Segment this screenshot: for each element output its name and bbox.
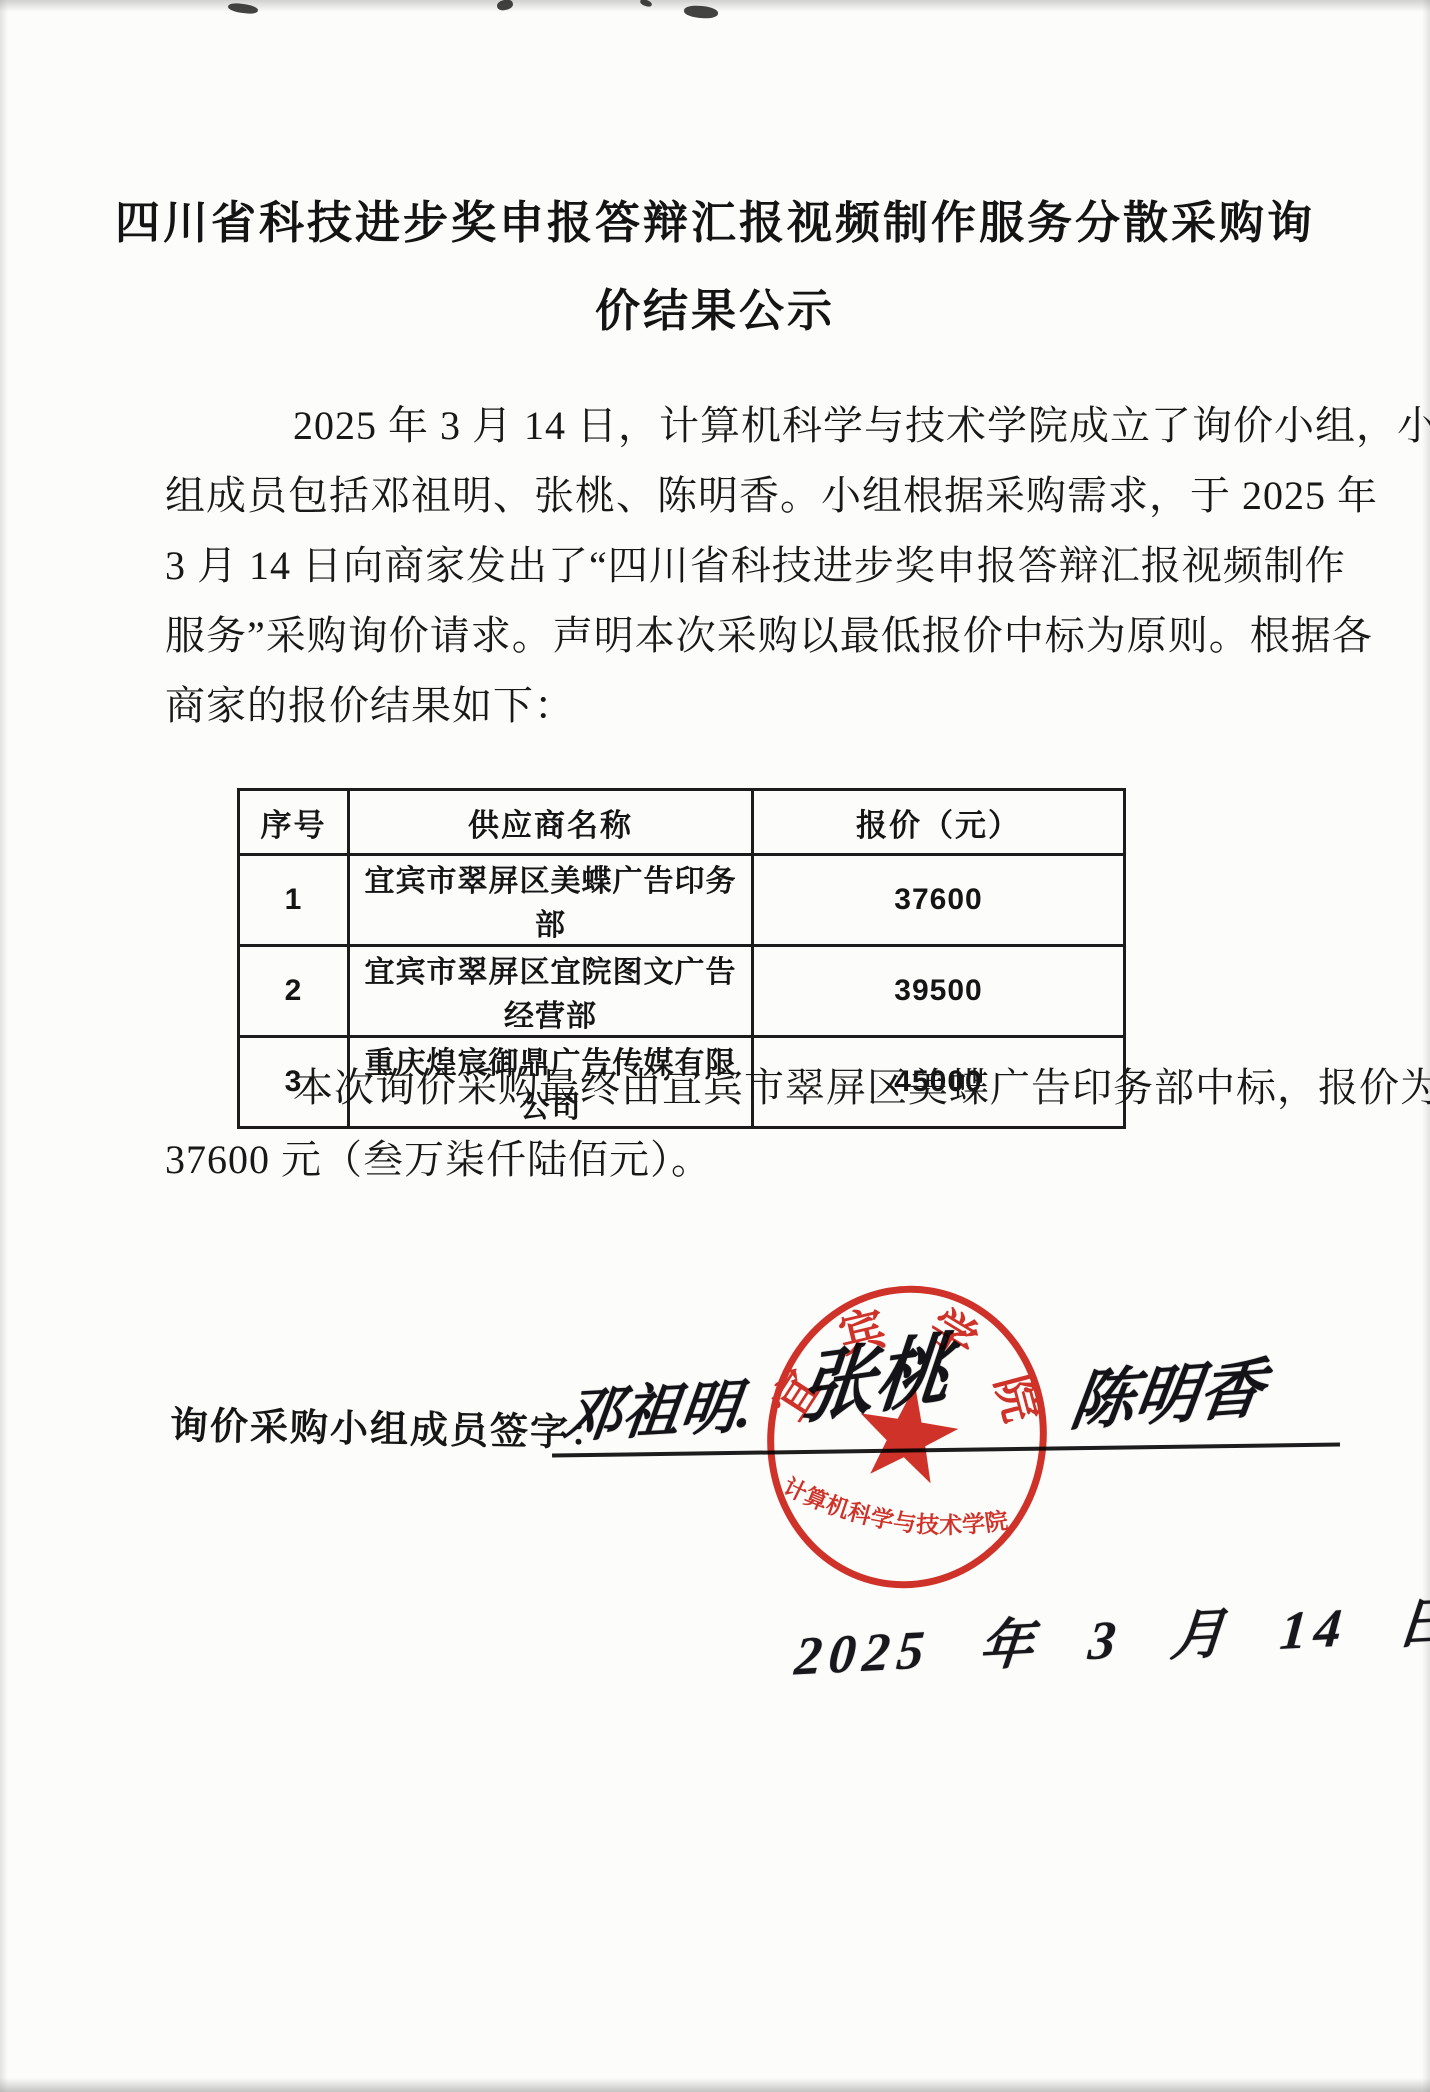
handwritten-signature-3: 陈明香	[1066, 1337, 1271, 1444]
seal-department-text: 计算机科学与技术学院	[776, 1472, 1014, 1553]
handwritten-signature-1: 邓祖明.	[560, 1359, 759, 1454]
table-row: 2 宜宾市翠屏区宜院图文广告经营部 39500	[239, 946, 1125, 1037]
table-header-row: 序号 供应商名称 报价（元）	[239, 790, 1125, 855]
closing-paragraph-line-2: 37600 元（叁万柒仟陆佰元）。	[165, 1132, 1275, 1188]
intro-paragraph-line-2: 组成员包括邓祖明、张桃、陈明香。小组根据采购需求，于 2025 年	[165, 468, 1275, 524]
official-seal: 宜宾学院 计算机科学与技术学院	[747, 1267, 1067, 1607]
signature-section-label: 询价采购小组成员签字：	[170, 1394, 611, 1457]
intro-paragraph-line-3: 3 月 14 日向商家发出了“四川省科技进步奖申报答辩汇报视频制作	[165, 538, 1275, 594]
quote-price: 39500	[753, 946, 1125, 1037]
intro-paragraph-line-5: 商家的报价结果如下：	[165, 678, 1275, 734]
header-序号: 序号	[239, 790, 349, 855]
closing-paragraph-line-1: 本次询价采购最终由宜宾市翠屏区美蝶广告印务部中标，报价为	[165, 1060, 1403, 1116]
table-row: 1 宜宾市翠屏区美蝶广告印务部 37600	[239, 855, 1125, 946]
scan-edge-shadow-bottom	[0, 2078, 1430, 2092]
supplier-name: 宜宾市翠屏区美蝶广告印务部	[349, 855, 753, 946]
document-title-line-2: 价结果公示	[0, 274, 1430, 339]
row-number: 2	[239, 946, 349, 1037]
header-报价元: 报价（元）	[753, 790, 1125, 855]
row-number: 1	[239, 855, 349, 946]
star-icon	[852, 1378, 964, 1486]
intro-paragraph-line-4: 服务”采购询价请求。声明本次采购以最低报价中标为原则。根据各	[165, 608, 1275, 664]
scanned-document-page: 四川省科技进步奖申报答辩汇报视频制作服务分散采购询 价结果公示 2025 年 3…	[0, 0, 1430, 2092]
supplier-name: 宜宾市翠屏区宜院图文广告经营部	[349, 946, 753, 1037]
svg-text:计算机科学与技术学院: 计算机科学与技术学院	[776, 1472, 1014, 1553]
intro-paragraph-line-1: 2025 年 3 月 14 日，计算机科学与技术学院成立了询价小组，小	[165, 398, 1403, 454]
document-title-line-1: 四川省科技进步奖申报答辩汇报视频制作服务分散采购询	[0, 186, 1430, 251]
header-供应商名称: 供应商名称	[349, 790, 753, 855]
quote-price: 37600	[753, 855, 1125, 946]
